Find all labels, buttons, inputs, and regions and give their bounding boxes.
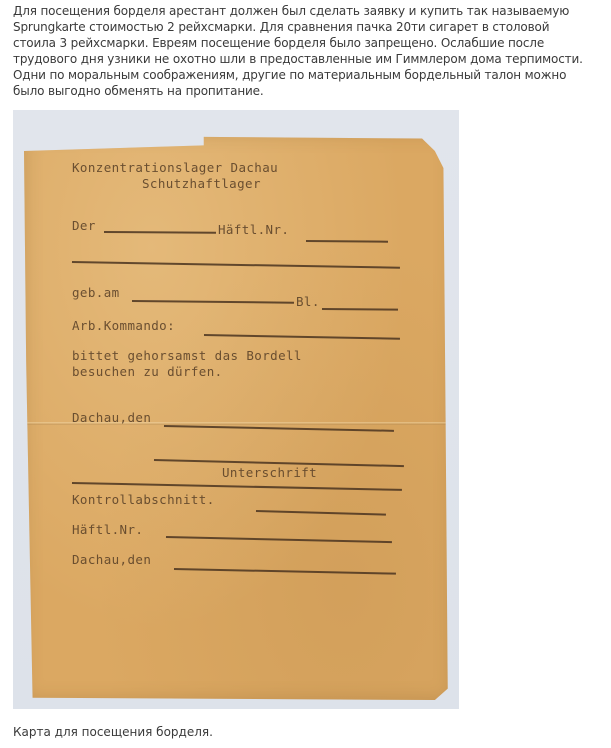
signature-label: Unterschrift — [222, 465, 317, 480]
card-header-camp: Konzentrationslager Dachau — [72, 160, 278, 175]
label-haeftl-nr: Häftl.Nr. — [218, 222, 289, 237]
intro-line: было выгодно обменять на пропитание. — [13, 83, 605, 99]
intro-line: стоила 3 рейхсмарки. Евреям посещение бо… — [13, 35, 605, 51]
label-dachau-den: Dachau,den — [72, 410, 151, 425]
stub-label-dachau-den: Dachau,den — [72, 552, 151, 567]
intro-line: Одни по моральным соображениям, другие п… — [13, 67, 605, 83]
control-stub-label: Kontrollabschnitt. — [72, 492, 215, 507]
label-der: Der — [72, 218, 96, 233]
request-text-line1: bittet gehorsamst das Bordell — [72, 348, 302, 363]
card-header-section: Schutzhaftlager — [142, 176, 261, 191]
stub-label-haeftl-nr: Häftl.Nr. — [72, 522, 143, 537]
line-control-stub — [256, 510, 386, 515]
intro-line: Sprungkarte стоимостью 2 рейхсмарки. Для… — [13, 19, 605, 35]
line-geb-am — [132, 300, 294, 303]
request-text-line2: besuchen zu dürfen. — [72, 364, 223, 379]
image-caption: Карта для посещения борделя. — [13, 725, 213, 739]
article-intro: Для посещения борделя арестант должен бы… — [13, 3, 605, 99]
line-stub-dachau-den — [174, 568, 396, 575]
intro-line: трудового дня узники не охотно шли в пре… — [13, 51, 605, 67]
line-der — [104, 231, 216, 233]
line-blank — [72, 261, 400, 268]
card-paper: Konzentrationslager Dachau Schutzhaftlag… — [24, 134, 452, 700]
label-geb-am: geb.am — [72, 285, 120, 300]
line-dachau-den — [164, 425, 394, 431]
label-arb-kommando: Arb.Kommando: — [72, 318, 175, 333]
line-arb-kommando — [204, 334, 400, 339]
brothel-card-photo: Konzentrationslager Dachau Schutzhaftlag… — [13, 110, 459, 709]
line-bl — [322, 308, 398, 310]
line-stub-haeftl-nr — [166, 536, 392, 543]
line-haeftl-nr — [306, 240, 388, 242]
label-bl: Bl. — [296, 294, 320, 309]
intro-line: Для посещения борделя арестант должен бы… — [13, 3, 605, 19]
line-separator — [72, 482, 402, 490]
